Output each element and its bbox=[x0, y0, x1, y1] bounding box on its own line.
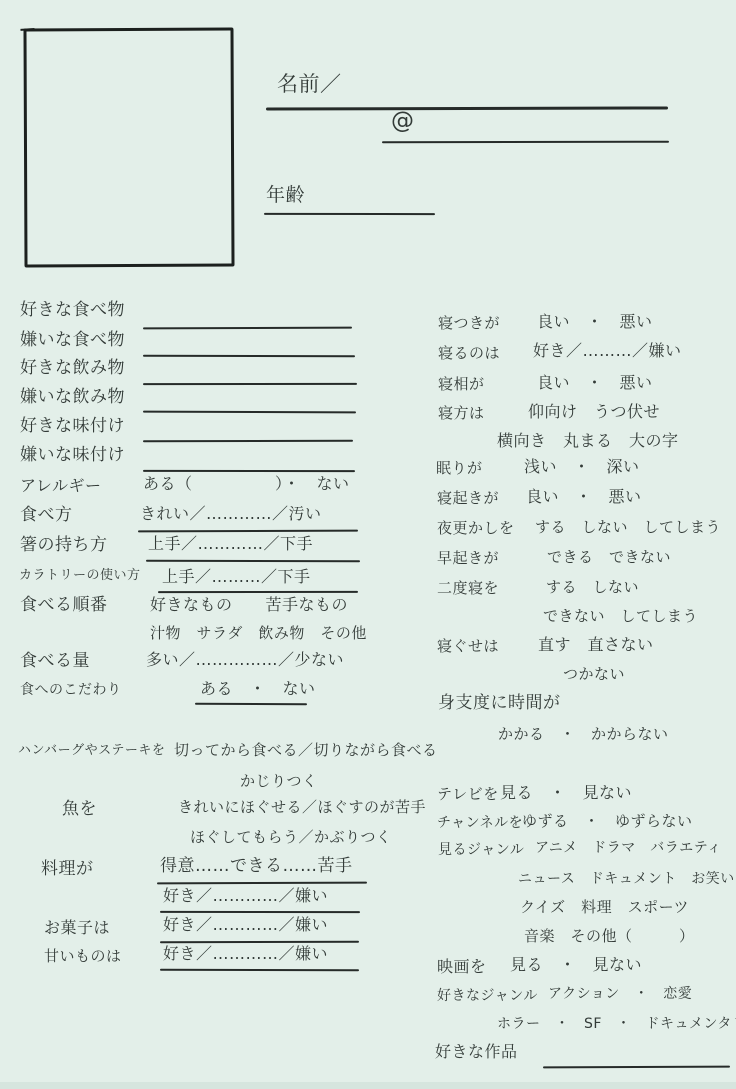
options-staying-up-late[interactable]: する しない してしまう bbox=[535, 519, 721, 536]
label-sleep-position: 寝方は bbox=[438, 405, 485, 422]
options-allergy[interactable]: ある（ ）・ ない bbox=[143, 475, 350, 493]
options-sleep-position-1[interactable]: 仰向け うつ伏せ bbox=[528, 403, 660, 421]
character-profile-sheet: 名前／ @ 年齢 好きな食べ物 嫌いな食べ物 好きな飲み物 嫌いな飲み物 好きな… bbox=[0, 0, 736, 1089]
options-tv-genres-2[interactable]: ニュース ドキュメント お笑い bbox=[518, 871, 735, 887]
options-cooking-skill[interactable]: 得意……できる……苦手 bbox=[160, 857, 353, 877]
options-sleeping-posture[interactable]: 良い ・ 悪い bbox=[537, 374, 653, 392]
input-line-disliked-drink[interactable] bbox=[143, 411, 356, 414]
options-sweet-things[interactable]: 好き／…………／嫌い bbox=[163, 945, 328, 963]
age-input-line[interactable] bbox=[264, 213, 435, 215]
label-steak: ハンバーグやステーキを bbox=[18, 744, 165, 759]
scale-line-food-particularity bbox=[195, 703, 307, 705]
options-movies[interactable]: 見る ・ 見ない bbox=[510, 956, 642, 974]
label-movie-genres: 好きなジャンル bbox=[437, 988, 538, 1004]
options-fish-1[interactable]: きれいにほぐせる／ほぐすのが苦手 bbox=[178, 799, 426, 816]
label-chopsticks: 箸の持ち方 bbox=[20, 536, 108, 556]
label-sweet-things: 甘いものは bbox=[44, 948, 122, 965]
scale-line-sweets bbox=[160, 941, 359, 944]
scale-line-cutlery bbox=[158, 591, 358, 593]
label-staying-up-late: 夜更かしを bbox=[437, 520, 515, 537]
options-waking-mood[interactable]: 良い ・ 悪い bbox=[526, 488, 642, 506]
label-bed-hair: 寝ぐせは bbox=[437, 638, 499, 655]
label-sleeping-posture: 寝相が bbox=[438, 376, 485, 393]
label-fish: 魚を bbox=[62, 800, 97, 820]
input-line-favorite-work[interactable] bbox=[543, 1066, 730, 1069]
options-bed-hair-1[interactable]: 直す 直さない bbox=[538, 636, 654, 654]
label-channel: チャンネルを bbox=[437, 815, 523, 831]
label-favorite-drink: 好きな飲み物 bbox=[20, 359, 125, 379]
label-tv: テレビを bbox=[437, 786, 499, 803]
label-eating-order: 食べる順番 bbox=[20, 596, 108, 616]
options-eating-style[interactable]: きれい／…………／汚い bbox=[140, 505, 322, 523]
label-food-particularity: 食へのこだわり bbox=[20, 682, 122, 698]
handle-input-line[interactable] bbox=[382, 141, 669, 144]
label-cutlery: カラトリーの使い方 bbox=[19, 569, 141, 584]
options-bed-hair-2[interactable]: つかない bbox=[563, 666, 625, 683]
bottom-edge-strip bbox=[0, 1082, 736, 1089]
options-cutlery[interactable]: 上手／………／下手 bbox=[162, 568, 311, 586]
options-early-rising[interactable]: できる できない bbox=[547, 549, 671, 566]
options-channel[interactable]: ゆずる ・ ゆずらない bbox=[522, 813, 693, 830]
label-second-sleep: 二度寝を bbox=[437, 580, 499, 597]
label-eating-style: 食べ方 bbox=[20, 506, 73, 526]
options-tv[interactable]: 見る ・ 見ない bbox=[500, 784, 632, 802]
options-movie-genres-1[interactable]: アクション ・ 恋愛 bbox=[548, 986, 692, 1002]
handle-at-symbol: @ bbox=[391, 108, 415, 134]
options-tv-genres-3[interactable]: クイズ 料理 スポーツ bbox=[520, 899, 689, 916]
options-tv-genres-4[interactable]: 音楽 その他（ ） bbox=[524, 928, 695, 945]
label-sweets: お菓子は bbox=[44, 919, 110, 937]
label-allergy: アレルギー bbox=[20, 477, 101, 495]
portrait-frame[interactable] bbox=[23, 28, 234, 268]
scale-line-sweet-things bbox=[160, 969, 359, 972]
input-line-disliked-food[interactable] bbox=[143, 355, 355, 358]
options-chopsticks[interactable]: 上手／…………／下手 bbox=[148, 535, 313, 553]
input-line-favorite-drink[interactable] bbox=[143, 383, 357, 385]
input-line-favorite-food[interactable] bbox=[143, 327, 352, 330]
name-label: 名前／ bbox=[277, 72, 342, 96]
label-sleep-depth: 眠りが bbox=[436, 460, 483, 477]
label-favorite-food: 好きな食べ物 bbox=[20, 301, 125, 321]
name-input-line[interactable] bbox=[266, 106, 668, 110]
label-disliked-drink: 嫌いな飲み物 bbox=[20, 388, 125, 408]
options-eating-order-2[interactable]: 汁物 サラダ 飲み物 その他 bbox=[150, 625, 367, 642]
label-falling-asleep: 寝つきが bbox=[438, 315, 500, 332]
options-movie-genres-2[interactable]: ホラー ・ SF ・ ドキュメンタリー bbox=[497, 1016, 736, 1032]
scale-line-cooking-like bbox=[160, 911, 360, 913]
options-steak-1[interactable]: 切ってから食べる／切りながら食べる bbox=[174, 742, 438, 759]
options-second-sleep-1[interactable]: する しない bbox=[546, 579, 639, 596]
options-falling-asleep[interactable]: 良い ・ 悪い bbox=[537, 313, 653, 331]
label-cooking: 料理が bbox=[41, 860, 94, 880]
options-grooming-time[interactable]: かかる ・ かからない bbox=[498, 726, 669, 743]
input-line-disliked-seasoning[interactable] bbox=[143, 470, 355, 472]
options-eating-order-1[interactable]: 好きなもの 苦手なもの bbox=[150, 596, 348, 614]
scale-line-eating-style bbox=[138, 530, 358, 533]
label-disliked-food: 嫌いな食べ物 bbox=[20, 331, 125, 351]
options-food-particularity[interactable]: ある ・ ない bbox=[200, 680, 316, 698]
label-grooming-time: 身支度に時間が bbox=[438, 694, 561, 714]
label-eating-amount: 食べる量 bbox=[20, 652, 90, 672]
options-eating-amount[interactable]: 多い／……………／少ない bbox=[146, 651, 344, 669]
options-sleep-position-2[interactable]: 横向き 丸まる 大の字 bbox=[497, 432, 679, 450]
label-likes-sleeping: 寝るのは bbox=[438, 345, 500, 362]
scale-line-chopsticks bbox=[146, 560, 360, 563]
scale-line-cooking-skill bbox=[157, 882, 367, 885]
options-sleep-depth[interactable]: 浅い ・ 深い bbox=[524, 458, 640, 476]
label-early-rising: 早起きが bbox=[437, 550, 499, 567]
label-tv-genres: 見るジャンル bbox=[438, 842, 524, 858]
options-sweets[interactable]: 好き／…………／嫌い bbox=[163, 916, 328, 934]
label-movies: 映画を bbox=[437, 958, 487, 976]
options-cooking-like[interactable]: 好き／…………／嫌い bbox=[163, 887, 328, 905]
options-fish-2[interactable]: ほぐしてもらう／かぶりつく bbox=[190, 829, 392, 846]
label-favorite-work: 好きな作品 bbox=[435, 1043, 518, 1061]
label-disliked-seasoning: 嫌いな味付け bbox=[20, 446, 125, 466]
label-favorite-seasoning: 好きな味付け bbox=[20, 417, 125, 437]
options-second-sleep-2[interactable]: できない してしまう bbox=[543, 608, 698, 625]
options-likes-sleeping[interactable]: 好き／………／嫌い bbox=[533, 342, 682, 360]
options-steak-2[interactable]: かじりつく bbox=[240, 773, 318, 790]
label-waking-mood: 寝起きが bbox=[437, 490, 499, 507]
age-label: 年齢 bbox=[266, 185, 305, 207]
options-tv-genres-1[interactable]: アニメ ドラマ バラエティ bbox=[535, 840, 722, 856]
input-line-favorite-seasoning[interactable] bbox=[143, 440, 353, 443]
